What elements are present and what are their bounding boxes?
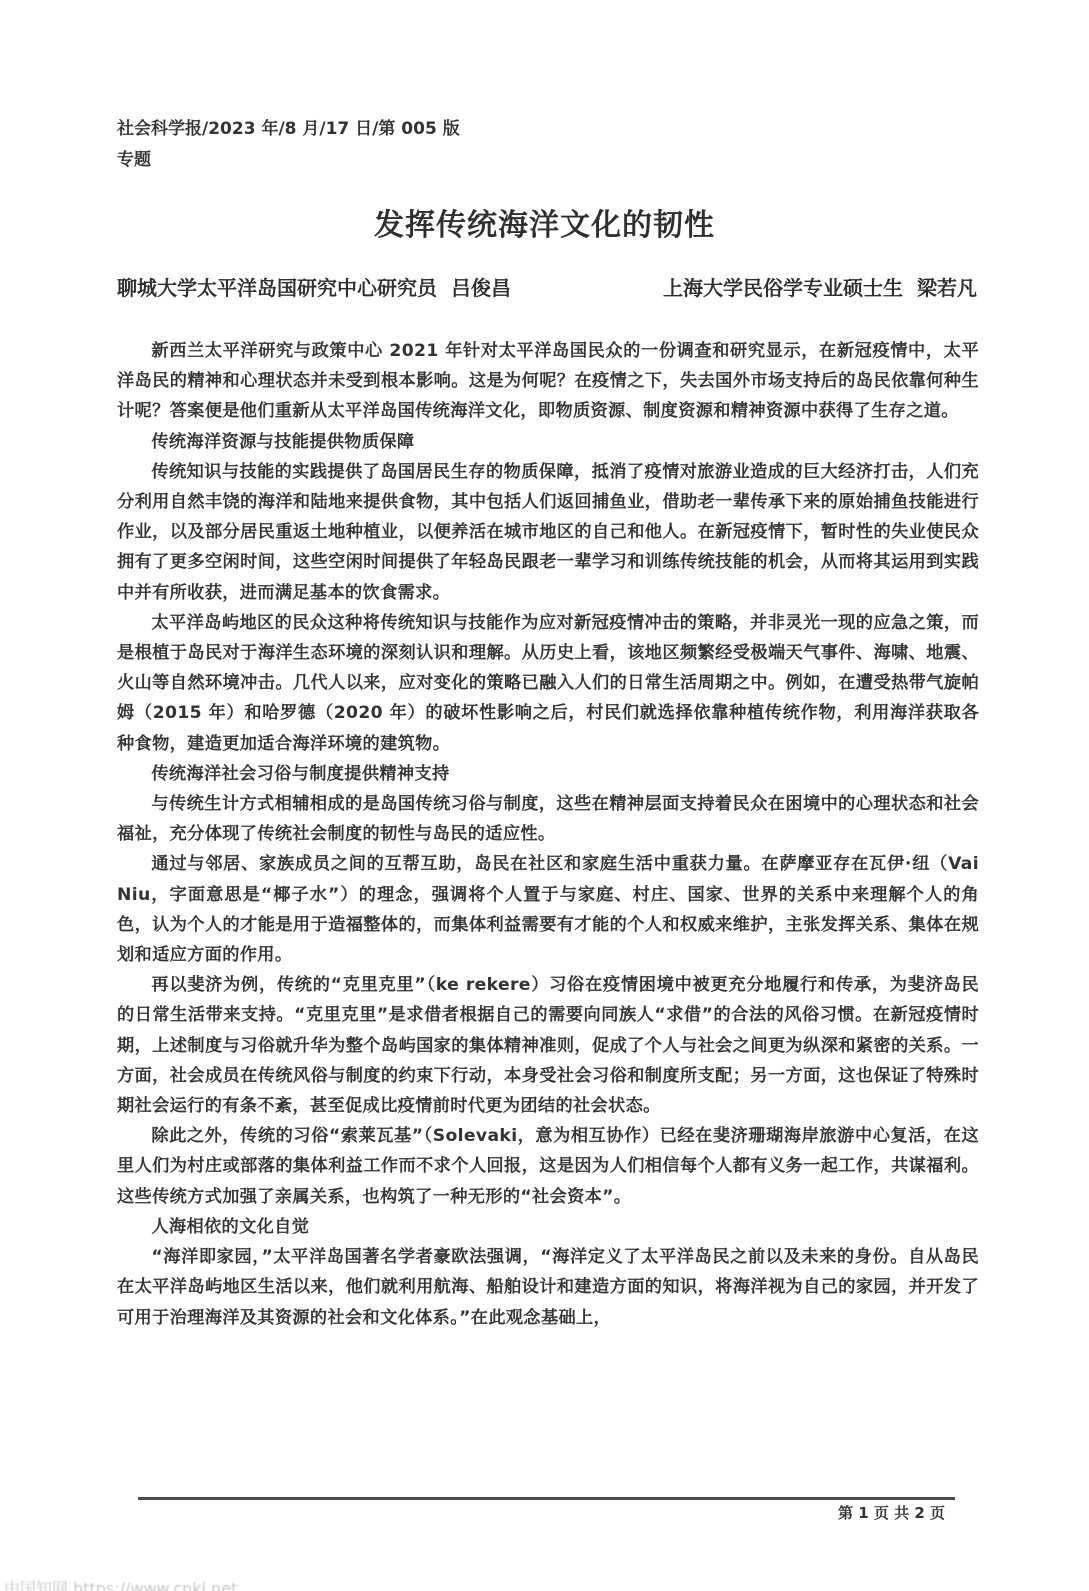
paragraph: 通过与邻居、家族成员之间的互帮互助，岛民在社区和家庭生活中重获力量。在萨摩亚存在… bbox=[117, 849, 979, 970]
author2-name: 梁若凡 bbox=[917, 276, 977, 300]
publication-header: 社会科学报/2023 年/8 月/17 日/第 005 版 专题 bbox=[117, 114, 460, 176]
paragraph: “海洋即家园，”太平洋岛国著名学者豪欧法强调，“海洋定义了太平洋岛民之前以及未来… bbox=[117, 1242, 979, 1333]
author2-affiliation: 上海大学民俗学专业硕士生 bbox=[663, 276, 903, 300]
subheading: 人海相依的文化自觉 bbox=[117, 1212, 979, 1242]
paragraph: 传统知识与技能的实践提供了岛国居民生存的物质保障，抵消了疫情对旅游业造成的巨大经… bbox=[117, 457, 979, 608]
author2: 上海大学民俗学专业硕士生梁若凡 bbox=[663, 272, 977, 301]
paragraph: 新西兰太平洋研究与政策中心 2021 年针对太平洋岛国民众的一份调查和研究显示，… bbox=[117, 336, 979, 427]
paragraph: 再以斐济为例，传统的“克里克里”（ke rekere）习俗在疫情困境中被更充分地… bbox=[117, 970, 979, 1121]
paragraph: 与传统生计方式相辅相成的是岛国传统习俗与制度，这些在精神层面支持着民众在困境中的… bbox=[117, 789, 979, 849]
article-byline: 聊城大学太平洋岛国研究中心研究员吕俊昌 上海大学民俗学专业硕士生梁若凡 bbox=[117, 272, 977, 301]
author1: 聊城大学太平洋岛国研究中心研究员吕俊昌 bbox=[117, 272, 511, 301]
subheading: 传统海洋资源与技能提供物质保障 bbox=[117, 427, 979, 457]
section-label: 专题 bbox=[117, 145, 460, 176]
publication-source-line: 社会科学报/2023 年/8 月/17 日/第 005 版 bbox=[117, 114, 460, 145]
article-title: 发挥传统海洋文化的韧性 bbox=[0, 200, 1089, 244]
paragraph: 除此之外，传统的习俗“索莱瓦基”（Solevaki，意为相互协作）已经在斐济珊瑚… bbox=[117, 1121, 979, 1212]
footer-rule bbox=[138, 1497, 955, 1500]
subheading: 传统海洋社会习俗与制度提供精神支持 bbox=[117, 759, 979, 789]
article-body: 新西兰太平洋研究与政策中心 2021 年针对太平洋岛国民众的一份调查和研究显示，… bbox=[117, 336, 979, 1333]
document-page: 社会科学报/2023 年/8 月/17 日/第 005 版 专题 发挥传统海洋文… bbox=[0, 0, 1089, 1591]
page-indicator: 第 1 页 共 2 页 bbox=[838, 1502, 945, 1523]
author1-affiliation: 聊城大学太平洋岛国研究中心研究员 bbox=[117, 276, 437, 300]
author1-name: 吕俊昌 bbox=[451, 276, 511, 300]
watermark: 中国知网 https://www.cnki.net bbox=[4, 1576, 237, 1591]
paragraph: 太平洋岛屿地区的民众这种将传统知识与技能作为应对新冠疫情冲击的策略，并非灵光一现… bbox=[117, 608, 979, 759]
